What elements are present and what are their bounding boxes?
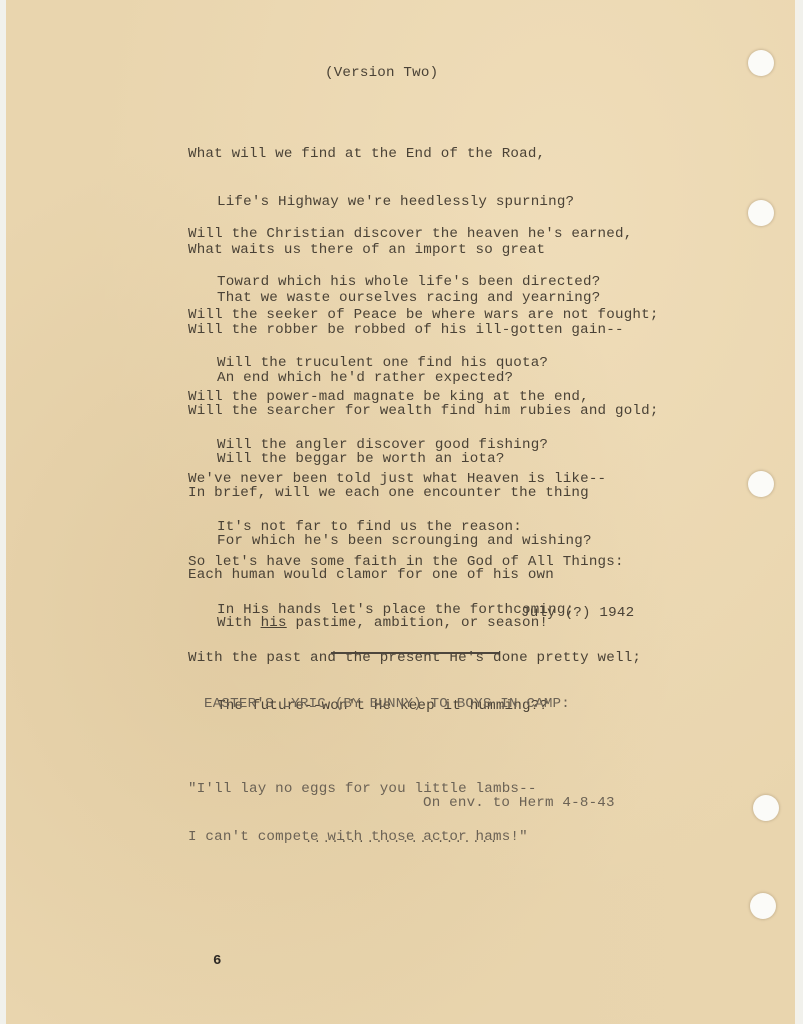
punch-hole [750, 893, 776, 919]
dotted-separator: ...................... [305, 832, 499, 846]
poem-line: Will the power-mad magnate be king at th… [188, 389, 592, 405]
punch-hole [748, 471, 774, 497]
lyric-attribution: On env. to Herm 4-8-43 [423, 795, 615, 811]
document-page: (Version Two) What will we find at the E… [6, 0, 799, 1024]
poem-line: So let's have some faith in the God of A… [188, 554, 641, 570]
punch-hole [753, 795, 779, 821]
poem-line: We've never been told just what Heaven i… [188, 471, 606, 487]
poem-date: July (?) 1942 [521, 605, 634, 621]
poem-line: Will the seeker of Peace be where wars a… [188, 307, 659, 323]
page-edge [795, 0, 799, 1024]
poem-line: What will we find at the End of the Road… [188, 146, 600, 162]
punch-hole [748, 200, 774, 226]
poem-stanza-6: So let's have some faith in the God of A… [188, 522, 641, 746]
punch-hole [748, 50, 774, 76]
lyric-body: "I'll lay no eggs for you little lambs--… [188, 749, 537, 877]
version-heading: (Version Two) [325, 65, 438, 81]
section-divider [331, 652, 499, 654]
page-number: 6 [213, 953, 221, 969]
poem-line: Will the Christian discover the heaven h… [188, 226, 632, 242]
lyric-title: EASTER'S LYRIC (BY BUNNY) TO BOYS IN CAM… [204, 696, 570, 712]
